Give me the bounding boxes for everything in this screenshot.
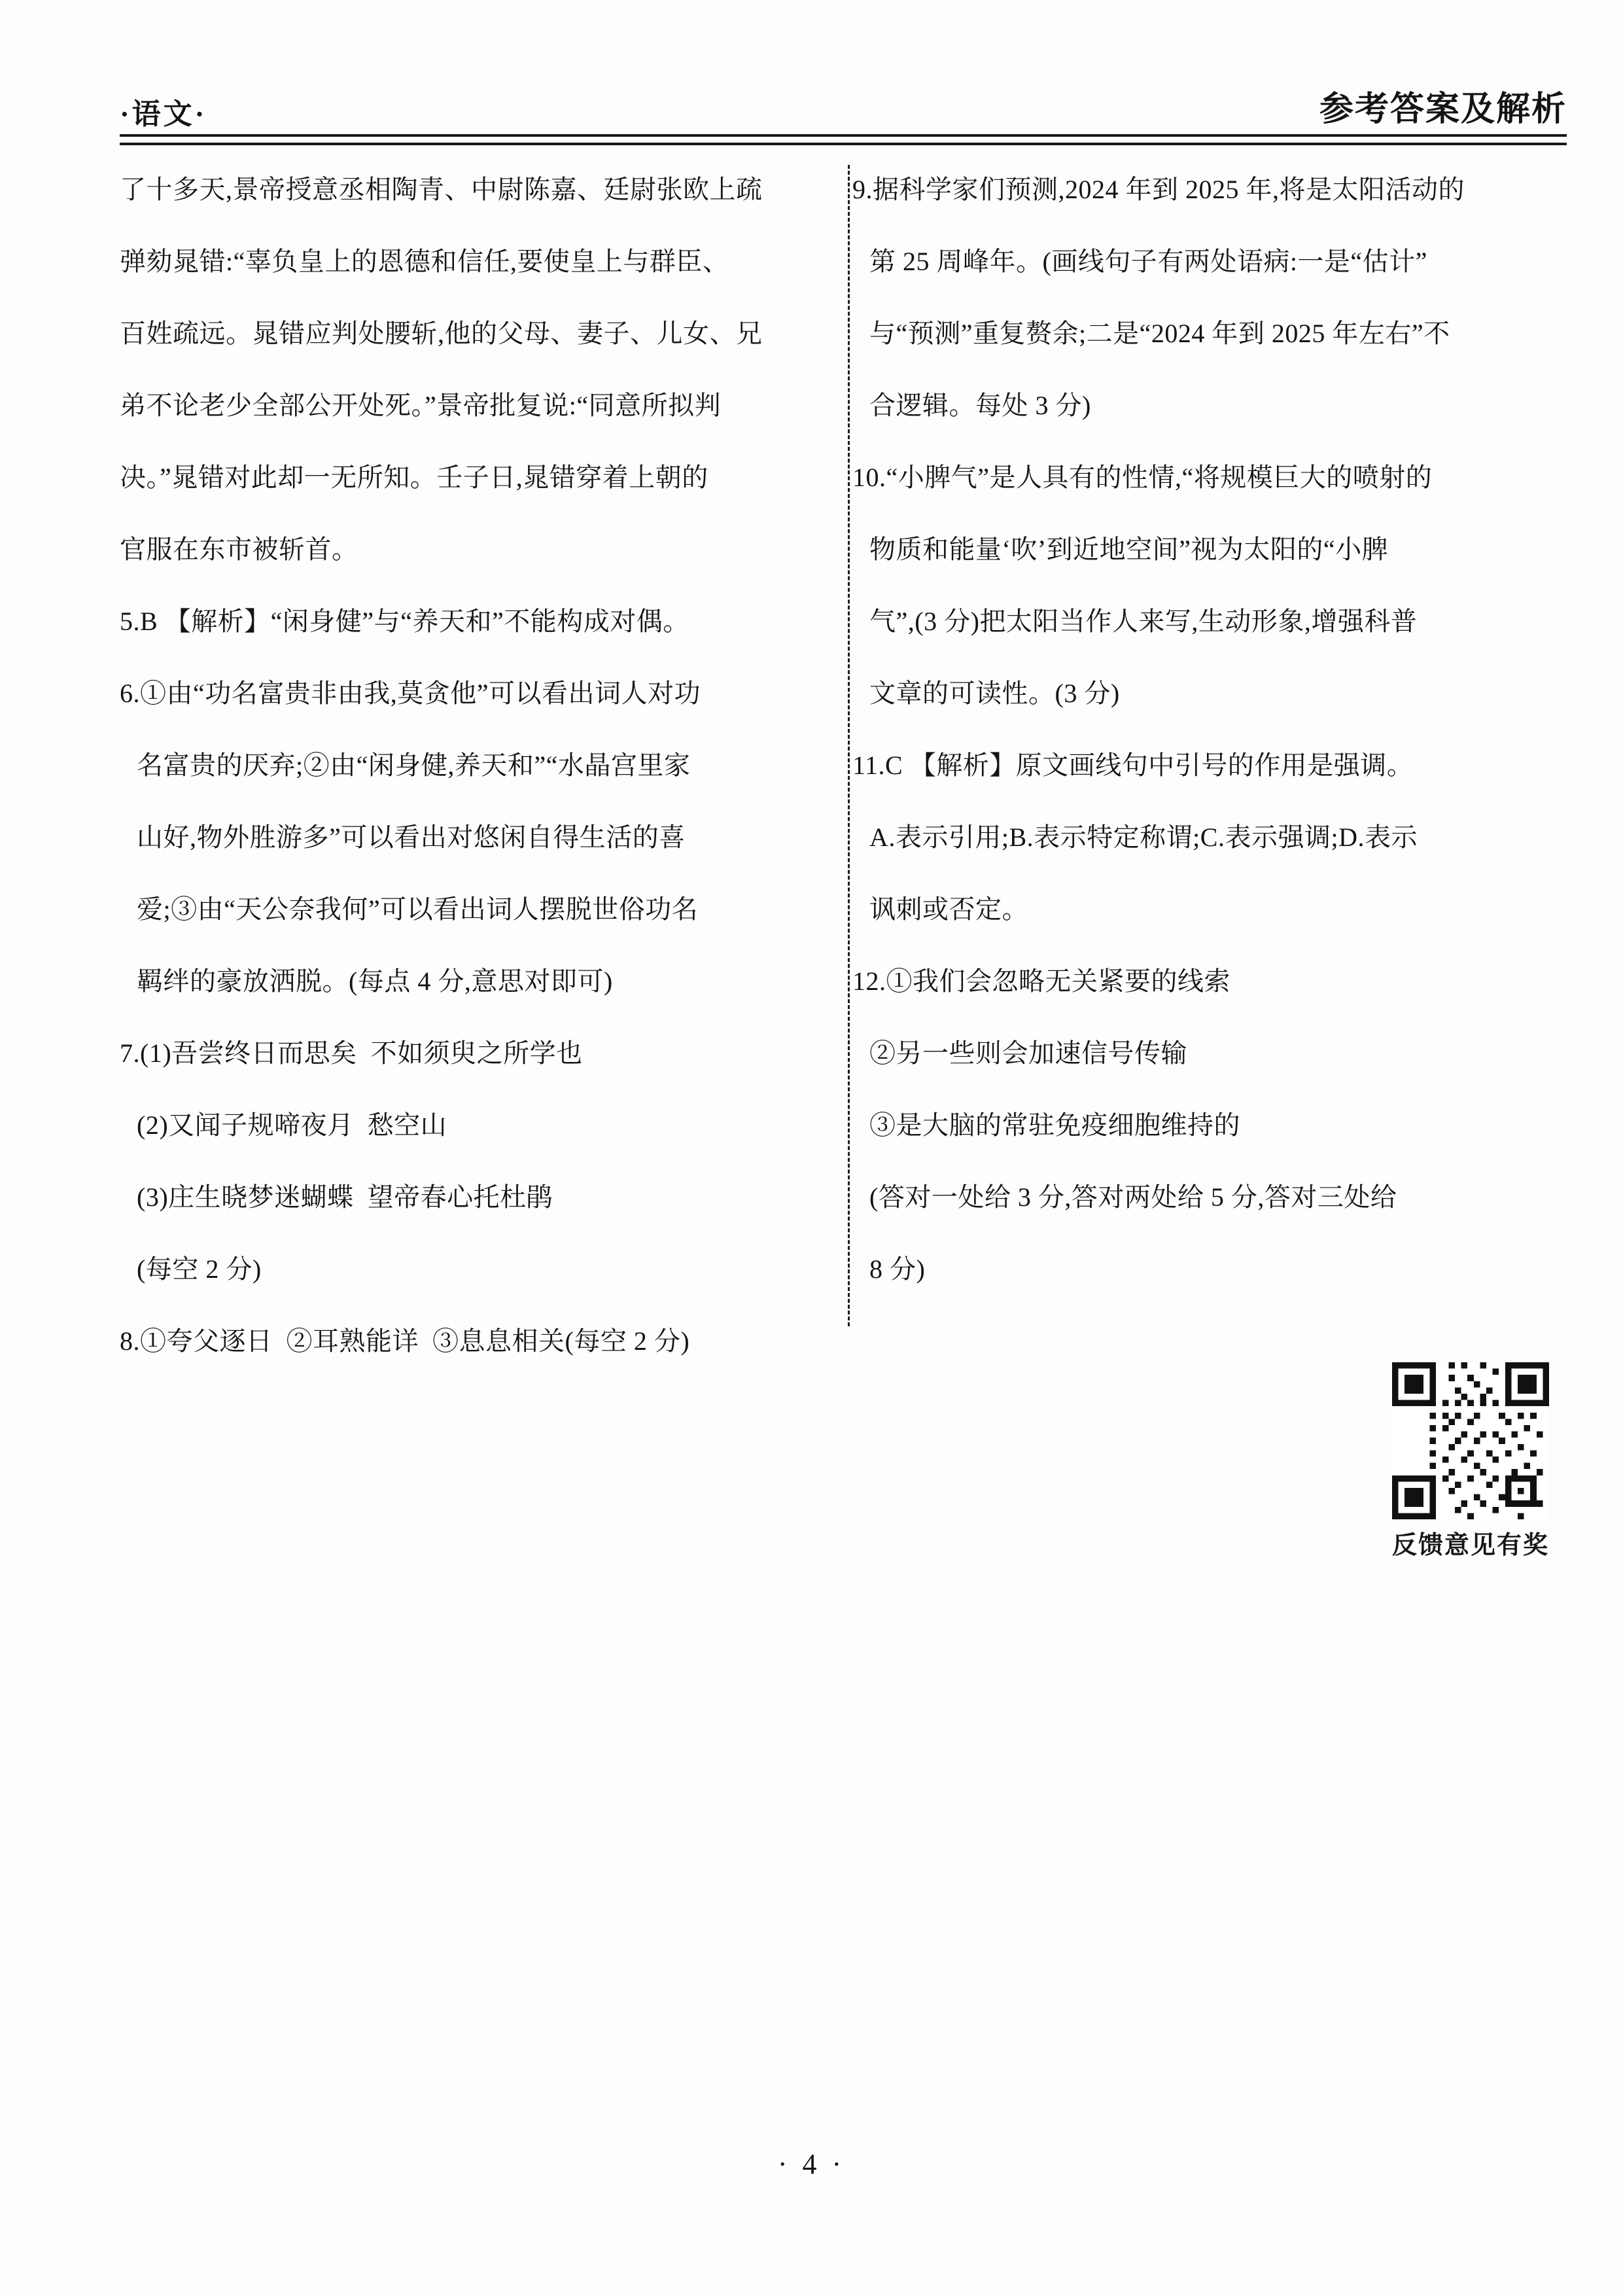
- right-column: 9.据科学家们预测,2024 年到 2025 年,将是太阳活动的 第 25 周峰…: [852, 154, 1569, 1305]
- text-line: 第 25 周峰年。(画线句子有两处语病:一是“估计”: [852, 226, 1569, 298]
- text-line: 百姓疏远。晁错应判处腰斩,他的父母、妻子、儿女、兄: [120, 298, 823, 370]
- left-column: 了十多天,景帝授意丞相陶青、中尉陈嘉、廷尉张欧上疏 弹劾晁错:“辜负皇上的恩德和…: [120, 154, 823, 1377]
- answer-key-page: ·语文· 参考答案及解析 了十多天,景帝授意丞相陶青、中尉陈嘉、廷尉张欧上疏 弹…: [0, 0, 1623, 2296]
- answer-item-7: 7.(1)吾尝终日而思矣 不如须臾之所学也: [120, 1017, 823, 1089]
- subject-title: ·语文·: [120, 90, 207, 132]
- answer-item-8: 8.①夸父逐日 ②耳熟能详 ③息息相关(每空 2 分): [120, 1305, 823, 1377]
- text-line: ③是大脑的常驻免疫细胞维持的: [852, 1089, 1569, 1161]
- text-line: 名富贵的厌弃;②由“闲身健,养天和”“水晶宫里家: [120, 730, 823, 802]
- text-line: 决。”晁错对此却一无所知。壬子日,晁错穿着上朝的: [120, 442, 823, 514]
- answer-item-9: 9.据科学家们预测,2024 年到 2025 年,将是太阳活动的: [852, 154, 1569, 226]
- text-line: 气”,(3 分)把太阳当作人来写,生动形象,增强科普: [852, 586, 1569, 658]
- answer-item-10: 10.“小脾气”是人具有的性情,“将规模巨大的喷射的: [852, 442, 1569, 514]
- page-number: · 4 ·: [0, 2147, 1623, 2181]
- text-line: 山好,物外胜游多”可以看出对悠闲自得生活的喜: [120, 802, 823, 874]
- qr-code: [1392, 1362, 1549, 1519]
- text-line: A.表示引用;B.表示特定称谓;C.表示强调;D.表示: [852, 802, 1569, 874]
- text-line: (每空 2 分): [120, 1233, 823, 1305]
- text-line: 爱;③由“天公奈我何”可以看出词人摆脱世俗功名: [120, 874, 823, 945]
- text-line: 弟不论老少全部公开处死。”景帝批复说:“同意所拟判: [120, 370, 823, 442]
- text-line: ②另一些则会加速信号传输: [852, 1017, 1569, 1089]
- qr-caption: 反馈意见有奖: [1372, 1525, 1569, 1561]
- answer-item-11: 11.C 【解析】原文画线句中引号的作用是强调。: [852, 730, 1569, 802]
- text-line: 合逻辑。每处 3 分): [852, 370, 1569, 442]
- text-line: 8 分): [852, 1233, 1569, 1305]
- page-title: 参考答案及解析: [1319, 81, 1567, 130]
- header-double-rule: [120, 134, 1567, 145]
- answer-item-12: 12.①我们会忽略无关紧要的线索: [852, 945, 1569, 1017]
- text-line: (答对一处给 3 分,答对两处给 5 分,答对三处给: [852, 1161, 1569, 1233]
- text-line: 讽刺或否定。: [852, 874, 1569, 945]
- answer-item-5: 5.B 【解析】“闲身健”与“养天和”不能构成对偶。: [120, 586, 823, 658]
- text-line: (3)庄生晓梦迷蝴蝶 望帝春心托杜鹃: [120, 1161, 823, 1233]
- text-line: 了十多天,景帝授意丞相陶青、中尉陈嘉、廷尉张欧上疏: [120, 154, 823, 226]
- text-line: 与“预测”重复赘余;二是“2024 年到 2025 年左右”不: [852, 298, 1569, 370]
- text-line: 文章的可读性。(3 分): [852, 658, 1569, 730]
- text-line: 弹劾晁错:“辜负皇上的恩德和信任,要使皇上与群臣、: [120, 226, 823, 298]
- column-divider-dashed: [848, 165, 850, 1326]
- text-line: 物质和能量‘吹’到近地空间”视为太阳的“小脾: [852, 514, 1569, 586]
- answer-item-6: 6.①由“功名富贵非由我,莫贪他”可以看出词人对功: [120, 658, 823, 730]
- text-line: 羁绊的豪放洒脱。(每点 4 分,意思对即可): [120, 945, 823, 1017]
- text-line: 官服在东市被斩首。: [120, 514, 823, 586]
- text-line: (2)又闻子规啼夜月 愁空山: [120, 1089, 823, 1161]
